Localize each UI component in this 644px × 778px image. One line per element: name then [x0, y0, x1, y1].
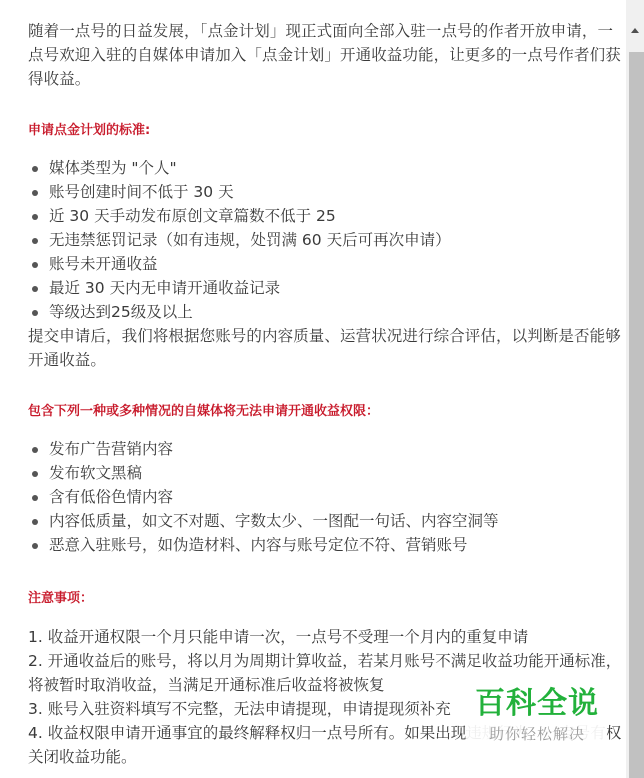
exclusions-list: 发布广告营销内容 发布软文黑稿 含有低俗色情内容 内容低质量，如文不对题、字数太… [28, 437, 624, 557]
bullet-icon [32, 519, 38, 525]
exclusions-heading: 包含下列一种或多种情况的自媒体将无法申请开通收益权限： [28, 402, 624, 422]
intro-paragraph: 随着一点号的日益发展，「点金计划」现正式面向全部入驻一点号的作者开放申请，一点号… [28, 19, 624, 91]
bullet-icon [32, 447, 38, 453]
scroll-up-button[interactable] [626, 14, 644, 50]
criteria-heading: 申请点金计划的标准: [28, 121, 624, 141]
notes-heading: 注意事项： [28, 589, 624, 609]
bullet-icon [32, 190, 38, 196]
list-item: 1. 收益开通权限一个月只能申请一次，一点号不受理一个月内的重复申请 [28, 625, 624, 649]
bullet-icon [32, 262, 38, 268]
bullet-icon [32, 495, 38, 501]
criteria-footer: 提交申请后，我们将根据您账号的内容质量、运营状况进行综合评估，以判断是否能够开通… [28, 324, 624, 372]
criteria-list: 媒体类型为 "个人" 账号创建时间不低于 30 天 近 30 天手动发布原创文章… [28, 156, 624, 324]
bullet-icon [32, 238, 38, 244]
list-item: 发布软文黑稿 [28, 461, 624, 485]
watermark-title: 百科全说 [467, 684, 607, 724]
vertical-scrollbar[interactable] [626, 0, 644, 778]
list-item: 近 30 天手动发布原创文章篇数不低于 25 [28, 204, 624, 228]
bullet-icon [32, 214, 38, 220]
document-viewport: 随着一点号的日益发展，「点金计划」现正式面向全部入驻一点号的作者开放申请，一点号… [0, 0, 626, 778]
watermark-logo: 百科全说 助你轻松解决 [467, 684, 607, 750]
list-item: 媒体类型为 "个人" [28, 156, 624, 180]
bullet-icon [32, 543, 38, 549]
bullet-icon [32, 471, 38, 477]
arrow-up-icon [631, 28, 639, 33]
watermark-subtitle: 助你轻松解决 [467, 724, 607, 744]
list-item: 最近 30 天内无申请开通收益记录 [28, 276, 624, 300]
list-item: 等级达到25级及以上 [28, 300, 624, 324]
list-item: 含有低俗色情内容 [28, 485, 624, 509]
list-item: 内容低质量，如文不对题、字数太少、一图配一句话、内容空洞等 [28, 509, 624, 533]
article-content: 随着一点号的日益发展，「点金计划」现正式面向全部入驻一点号的作者开放申请，一点号… [28, 19, 624, 769]
list-item: 发布广告营销内容 [28, 437, 624, 461]
list-item: 账号创建时间不低于 30 天 [28, 180, 624, 204]
bullet-icon [32, 166, 38, 172]
bullet-icon [32, 286, 38, 292]
bullet-icon [32, 310, 38, 316]
scrollbar-thumb[interactable] [629, 52, 644, 778]
list-item: 恶意入驻账号，如伪造材料、内容与账号定位不符、营销账号 [28, 533, 624, 557]
list-item: 无违禁惩罚记录（如有违规，处罚满 60 天后可再次申请） [28, 228, 624, 252]
list-item: 账号未开通收益 [28, 252, 624, 276]
